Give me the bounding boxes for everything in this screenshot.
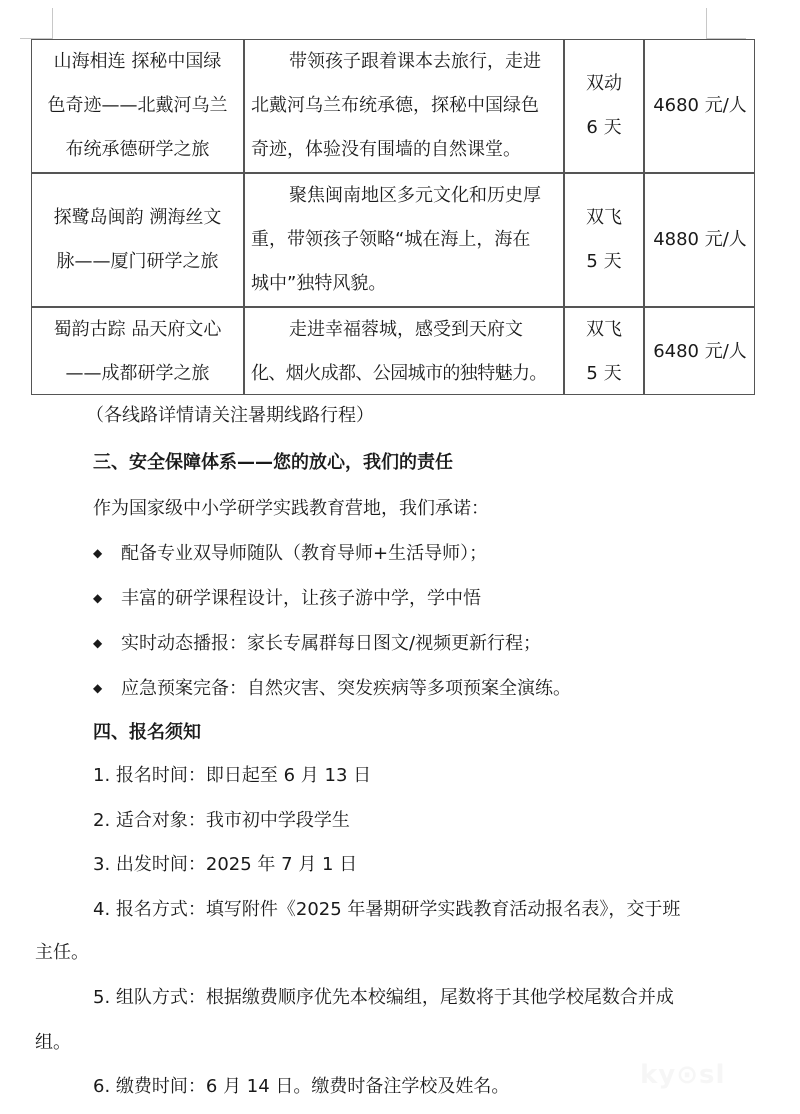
- transport-days-cell: 双动 6 天: [565, 40, 643, 172]
- section-heading: 四、报名须知: [93, 720, 201, 746]
- route-name-line: 脉——厦门研学之旅: [54, 240, 222, 284]
- route-description-line: 走进幸福蓉城，感受到天府文: [289, 319, 523, 340]
- trip-days: 6 天: [586, 106, 622, 150]
- table-note: （各线路详情请关注暑期线路行程）: [86, 403, 374, 429]
- route-name-line: 探鹭岛闽韵 溯海丝文: [54, 196, 222, 240]
- section-intro: 作为国家级中小学研学实践教育营地，我们承诺：: [93, 496, 489, 522]
- diamond-bullet-icon: ◆: [93, 630, 121, 656]
- route-description-line: 带领孩子跟着课本去旅行，走进: [289, 51, 541, 72]
- trip-days: 5 天: [586, 240, 622, 284]
- section-heading: 三、安全保障体系——您的放心，我们的责任: [93, 450, 453, 476]
- route-name-line: 布统承德研学之旅: [48, 128, 228, 172]
- notice-item-continuation: 组。: [35, 1030, 71, 1056]
- watermark-logo: ky⊙sl: [640, 1060, 725, 1090]
- route-description-line: 北戴河乌兰布统承德，探秘中国绿色: [251, 84, 561, 128]
- notice-item: 6. 缴费时间：6 月 14 日。缴费时备注学校及姓名。: [93, 1074, 509, 1100]
- price-cell: 6480 元/人: [645, 308, 755, 395]
- diamond-bullet-icon: ◆: [93, 675, 121, 701]
- route-description-cell: 带领孩子跟着课本去旅行，走进 北戴河乌兰布统承德，探秘中国绿色 奇迹，体验没有围…: [245, 40, 563, 172]
- bullet-text: 应急预案完备：自然灾害、突发疾病等多项预案全演练。: [121, 678, 571, 699]
- transport-mode: 双飞: [586, 308, 622, 352]
- bullet-text: 配备专业双导师随队（教育导师+生活导师）；: [121, 543, 487, 564]
- crop-mark-right-vertical: [706, 8, 707, 39]
- bullet-item: ◆丰富的研学课程设计，让孩子游中学，学中悟: [93, 585, 481, 612]
- notice-item: 5. 组队方式：根据缴费顺序优先本校编组，尾数将于其他学校尾数合并成: [93, 985, 674, 1011]
- bullet-text: 实时动态播报：家长专属群每日图文/视频更新行程；: [121, 633, 541, 654]
- diamond-bullet-icon: ◆: [93, 585, 121, 611]
- bullet-text: 丰富的研学课程设计，让孩子游中学，学中悟: [121, 588, 481, 609]
- notice-item: 2. 适合对象：我市初中学段学生: [93, 808, 350, 834]
- transport-mode: 双飞: [586, 196, 622, 240]
- transport-days-cell: 双飞 5 天: [565, 308, 643, 395]
- route-name-line: 色奇迹——北戴河乌兰: [48, 84, 228, 128]
- price: 4680 元/人: [653, 84, 747, 128]
- route-description-line: 化、烟火成都、公园城市的独特魅力。: [251, 352, 561, 396]
- route-name-cell: 山海相连 探秘中国绿 色奇迹——北戴河乌兰 布统承德研学之旅: [32, 40, 243, 172]
- diamond-bullet-icon: ◆: [93, 540, 121, 566]
- route-description-line: 奇迹，体验没有围墙的自然课堂。: [251, 128, 561, 172]
- bullet-item: ◆实时动态播报：家长专属群每日图文/视频更新行程；: [93, 630, 541, 657]
- transport-days-cell: 双飞 5 天: [565, 174, 643, 306]
- notice-item-continuation: 主任。: [35, 940, 89, 966]
- route-name-cell: 蜀韵古踪 品天府文心 ——成都研学之旅: [32, 308, 243, 395]
- route-name-line: 蜀韵古踪 品天府文心: [54, 308, 222, 352]
- notice-item: 3. 出发时间：2025 年 7 月 1 日: [93, 852, 357, 878]
- transport-mode: 双动: [586, 62, 622, 106]
- price-cell: 4680 元/人: [645, 40, 755, 172]
- route-name-line: 山海相连 探秘中国绿: [48, 40, 228, 84]
- route-description-line: 城中”独特风貌。: [251, 262, 561, 306]
- route-name-cell: 探鹭岛闽韵 溯海丝文 脉——厦门研学之旅: [32, 174, 243, 306]
- crop-mark-left-vertical: [52, 8, 53, 39]
- route-description-line: 重，带领孩子领略“城在海上，海在: [251, 218, 561, 262]
- route-description-cell: 走进幸福蓉城，感受到天府文 化、烟火成都、公园城市的独特魅力。: [245, 308, 563, 395]
- route-name-line: ——成都研学之旅: [54, 352, 222, 396]
- notice-item: 4. 报名方式：填写附件《2025 年暑期研学实践教育活动报名表》，交于班: [93, 897, 680, 923]
- route-description-cell: 聚焦闽南地区多元文化和历史厚 重，带领孩子领略“城在海上，海在 城中”独特风貌。: [245, 174, 563, 306]
- bullet-item: ◆配备专业双导师随队（教育导师+生活导师）；: [93, 540, 487, 567]
- price-cell: 4880 元/人: [645, 174, 755, 306]
- price: 6480 元/人: [653, 330, 747, 374]
- notice-item: 1. 报名时间：即日起至 6 月 13 日: [93, 763, 371, 789]
- route-description-line: 聚焦闽南地区多元文化和历史厚: [289, 185, 541, 206]
- price: 4880 元/人: [653, 218, 747, 262]
- trip-days: 5 天: [586, 352, 622, 396]
- bullet-item: ◆应急预案完备：自然灾害、突发疾病等多项预案全演练。: [93, 675, 571, 702]
